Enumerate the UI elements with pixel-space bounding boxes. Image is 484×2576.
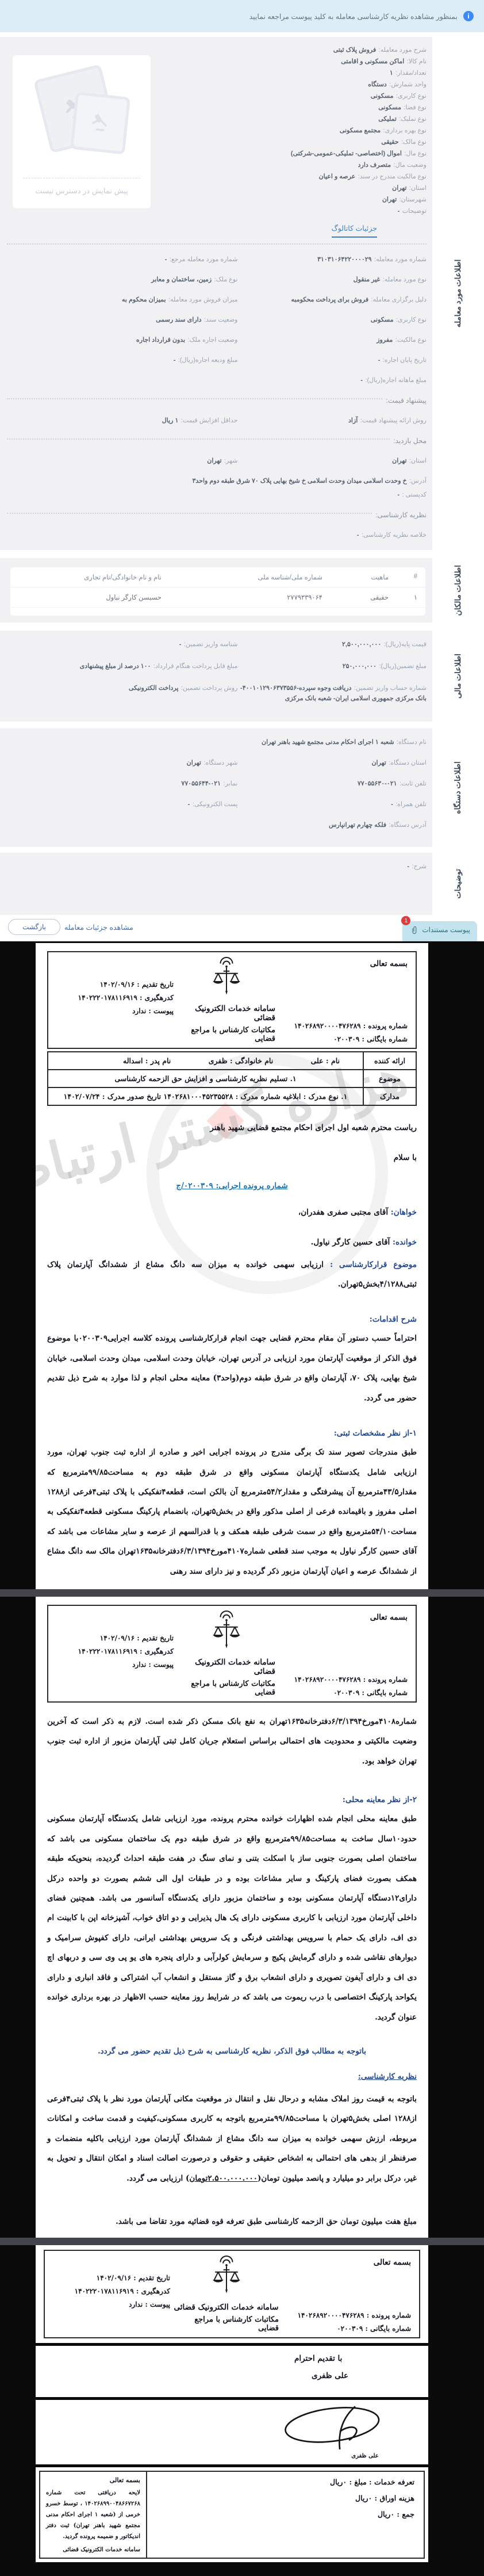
field-value: آزاد bbox=[348, 417, 358, 424]
registration-specs-heading: ۱-از نظر مشخصات ثبتی: bbox=[47, 1429, 417, 1438]
field-row: استان: تهران شهر: تهران bbox=[7, 455, 427, 465]
field-value: - bbox=[174, 357, 176, 364]
notes-value: - bbox=[407, 863, 409, 870]
field-label: شهر دستگاه: bbox=[203, 760, 237, 766]
field-label: نام دستگاه: bbox=[397, 739, 427, 746]
notes-label: شرح: bbox=[412, 863, 427, 870]
salutation: ریاست محترم شعبه اول اجرای احکام مجتمع ق… bbox=[47, 1121, 417, 1136]
field-row: تاریخ پایان اجاره: - مبلغ ودیعه اجاره(ری… bbox=[7, 354, 427, 365]
submission-date: تاریخ تقدیم : ۱۴۰۲/۰۹/۱۶ bbox=[53, 2274, 170, 2282]
visit-rows: استان: تهران شهر: تهران bbox=[7, 455, 427, 465]
column-header: نام و نام خانوادگی/نام تجاری bbox=[18, 573, 162, 581]
device-tab-label: اطلاعات دستگاه bbox=[454, 761, 463, 814]
field-value: - bbox=[188, 801, 190, 808]
documents-value: ۱. نوع مدرک : ابلاغیه شماره مدرک : ۱۴۰۲۶… bbox=[48, 1087, 363, 1105]
field-label: تعداد/مقدار: bbox=[395, 70, 427, 77]
archive-number: شماره بایگانی : ۰۲۰۰۳۰۹ bbox=[275, 1689, 408, 1697]
field-label: استان: bbox=[409, 185, 427, 192]
field-value: ۰۲۱-۷۷۰۵۵۶۳۰ bbox=[358, 780, 397, 787]
field-row: استان دستگاه: تهران شهر دستگاه: تهران bbox=[7, 757, 427, 768]
field-label: شناسه واریز تضمین: bbox=[184, 641, 238, 648]
field-row: مبلغ تضمین(ریال): ۲۵۰,۰۰۰,۰۰۰ مبلغ قابل … bbox=[7, 661, 427, 671]
field-label: دلیل برگزاری معامله: bbox=[371, 296, 427, 303]
paragraph: طبق معاینه محلی انجام شده اظهارات خوانده… bbox=[47, 1809, 417, 2027]
section-financial: اطلاعات مالی قیمت پایه(ریال): ۲,۵۰۰,۰۰۰,… bbox=[0, 631, 484, 722]
field-label: مبلغ تضمین(ریال): bbox=[379, 663, 427, 670]
org-name: سامانه خدمات الکترونیک قضائی bbox=[46, 2547, 140, 2553]
tariff-cell: تعرفه خدمات : مبلغ : ۰ریال هزینه اوراق :… bbox=[147, 2472, 424, 2558]
plaintiff-line: خواهان: آقای مجتبی صفری هفدران، bbox=[47, 1205, 417, 1220]
attach-documents-tab[interactable]: 1 پیوست مستندات bbox=[402, 921, 477, 941]
doc-page-2: بسمه تعالی شماره پرونده : ۱۴۰۲۶۸۹۲۰۰۰۰۴۷… bbox=[36, 1597, 428, 2238]
catalog-details-link[interactable]: جزئیات کاتالوگ bbox=[332, 224, 377, 238]
deal-info-tab-label: اطلاعات مورد معامله bbox=[454, 259, 463, 327]
opinion-summary-row: خلاصه نظریه کارشناسی: - bbox=[7, 529, 427, 540]
org-name: سامانه خدمات الکترونیک قضائی bbox=[177, 1004, 275, 1022]
catalog-fields: شرح مورد معامله: فروش پلاک ثبتی نام کالا… bbox=[154, 45, 427, 219]
deal-info-tab[interactable]: اطلاعات مورد معامله bbox=[432, 37, 484, 550]
expert-opinion-heading: نظریه کارشناسی: bbox=[47, 2072, 417, 2081]
financial-tab[interactable]: اطلاعات مالی bbox=[432, 631, 484, 722]
defendant-line: خوانده: آقای حسین کارگر نیاول. bbox=[47, 1235, 417, 1250]
attachment-status: پیوست : ندارد bbox=[53, 2300, 170, 2308]
field-label: نوع ملک: bbox=[214, 276, 238, 283]
field-label: شرح مورد معامله: bbox=[379, 47, 427, 54]
section-owners: اطلاعات مالکان #ماهیتشماره ملی/شناسه ملی… bbox=[0, 558, 484, 623]
field-label: نوع مالکیت: bbox=[395, 337, 427, 344]
deal-field-rows: شماره مورد معامله: ۳۱۰۳۱۰۶۴۲۲۰۰۰۰۲۹ شمار… bbox=[7, 254, 427, 385]
attachment-status: پیوست : ندارد bbox=[56, 1661, 174, 1669]
receipt-note: لایحه دریافتی تحت شماره ۱۴۰۲۶۸۹۹۰۰۴۸۶۶۷۲… bbox=[46, 2487, 140, 2542]
org-subtitle: مکاتبات کارشناس با مراجع قضایی bbox=[177, 1680, 275, 1697]
opinion-lead: باتوجه به مطالب فوق الذکر، نظریه کارشناس… bbox=[47, 2047, 417, 2056]
field-value: ۲۵۰,۰۰۰,۰۰۰ bbox=[343, 663, 377, 670]
field-label: مبلغ ماهانه اجاره(ریال): bbox=[365, 377, 427, 384]
field-value: مسکونی bbox=[371, 316, 394, 323]
section-deal-info: اطلاعات مورد معامله شرح مورد معامله: فرو… bbox=[0, 37, 484, 550]
field-value: - bbox=[398, 208, 400, 215]
execution-case-number: شماره پرونده اجرایی: ۰۲۰۰۳۰۹/ج bbox=[47, 1181, 417, 1190]
file-number: شماره پرونده : ۱۴۰۲۶۸۹۲۰۰۰۰۴۷۶۲۸۹ bbox=[279, 2311, 411, 2319]
attachment-count-badge: 1 bbox=[401, 916, 410, 925]
action-bar: بازگشت مشاهده جزئیات معامله 1 پیوست مستن… bbox=[0, 915, 484, 941]
field-label: نوع بهره برداری: bbox=[383, 127, 427, 134]
field-label: شماره مورد معامله: bbox=[374, 256, 427, 263]
submission-date: تاریخ تقدیم : ۱۴۰۲/۰۹/۱۶ bbox=[56, 1634, 174, 1642]
file-number: شماره پرونده : ۱۴۰۲۶۸۹۲۰۰۰۰۴۷۶۲۸۹ bbox=[275, 1676, 408, 1684]
signature-caption: علی ظفری bbox=[313, 2453, 417, 2459]
gavel-icon bbox=[74, 95, 128, 151]
field-value: مفروز bbox=[377, 337, 393, 344]
field-label: حداقل افزایش قیمت: bbox=[181, 417, 238, 424]
field-row: تلفن همراه: - پست الکترونیکی: - bbox=[7, 799, 427, 809]
expert-opinion-header: نظریه کارشناسی: bbox=[7, 511, 427, 519]
catalog-field: شهرستان: تهران bbox=[154, 196, 427, 204]
visit-location-header: محل بازدید: bbox=[7, 437, 427, 445]
provider-name: نام : علی bbox=[311, 1056, 340, 1065]
doc-page-1: هزاره گستر ارتباط بسمه تعالی شماره پروند… bbox=[36, 943, 428, 1589]
submission-date: تاریخ تقدیم : ۱۴۰۲/۰۹/۱۶ bbox=[56, 980, 174, 989]
device-tab[interactable]: اطلاعات دستگاه bbox=[432, 728, 484, 847]
divider bbox=[23, 178, 140, 178]
notice-bar: i بمنظور مشاهده نظریه کارشناسی معامله به… bbox=[0, 0, 484, 32]
valuation-paragraph: باتوجه به قیمت روز املاک مشابه و درحال ن… bbox=[47, 2089, 417, 2188]
paperclip-icon bbox=[410, 926, 418, 936]
catalog-field: واحد شمارش: دستگاه bbox=[154, 81, 427, 89]
field-value: ۱ ریال bbox=[162, 417, 179, 424]
doc-letterhead: بسمه تعالی شماره پرونده : ۱۴۰۲۶۸۹۲۰۰۰۰۴۷… bbox=[47, 1605, 417, 1703]
provider-family: نام خانوادگی : ظفری bbox=[209, 1056, 274, 1065]
service-tariff: تعرفه خدمات : مبلغ : ۰ریال bbox=[156, 2478, 414, 2486]
doc-letterhead: بسمه تعالی شماره پرونده : ۱۴۰۲۶۸۹۲۰۰۰۰۴۷… bbox=[47, 951, 417, 1049]
field-label: روش ارائه پیشنهاد قیمت: bbox=[360, 417, 427, 424]
field-value: تهران bbox=[207, 457, 221, 464]
catalog-field: نوع تملیک: تملیکی bbox=[154, 115, 427, 123]
field-label: نوع تملیک: bbox=[399, 116, 427, 123]
field-value: بدون قرارداد اجاره bbox=[136, 337, 185, 344]
provider-label: ارائه کننده bbox=[363, 1052, 416, 1070]
field-row: نام دستگاه: شعبه ۱ اجرای احکام مدنی مجتم… bbox=[7, 736, 427, 747]
field-label: تلفن ثابت: bbox=[400, 780, 427, 787]
owners-table-header: #ماهیتشماره ملی/شناسه ملینام و نام خانوا… bbox=[10, 567, 425, 587]
field-label: نوع فضا: bbox=[404, 104, 427, 111]
field-label: آدرس دستگاه: bbox=[389, 822, 427, 829]
field-label: میزان فروش مورد معامله: bbox=[168, 296, 237, 303]
justice-scales-logo bbox=[208, 1611, 245, 1657]
actions-heading: شرح اقدامات: bbox=[47, 1315, 417, 1324]
tracking-code: کدرهگیری : ۱۴۰۲۲۲۰۱۷۸۱۱۶۹۱۹ bbox=[56, 1647, 174, 1655]
catalog-field: نوع کاربری: مسکونی bbox=[154, 92, 427, 100]
notice-text: بمنظور مشاهده نظریه کارشناسی معامله به ک… bbox=[249, 12, 458, 21]
basmala: بسمه تعالی bbox=[275, 1613, 408, 1622]
field-row: نوع مالکیت: مفروز وضعیت اجاره ملک: بدون … bbox=[7, 334, 427, 345]
field-label: توضیحات bbox=[402, 208, 427, 215]
field-label: مبلغ قابل پرداخت هنگام قرارداد: bbox=[153, 663, 238, 670]
preview-unavailable-text: پیش نمایش در دسترس نیست bbox=[35, 186, 128, 196]
field-value: پرداخت الکترونیکی bbox=[129, 685, 179, 692]
valuation-amount: ۲.۵۰۰.۰۰۰.۰۰۰تومان bbox=[189, 2174, 258, 2183]
cell: حسیسن کارگر نیاول bbox=[18, 593, 162, 601]
price-offer-header: پیشنهاد قیمت: bbox=[7, 396, 427, 404]
catalog-field: نوع مال: اموال (اختصاصی- تملیکی-عمومی-شر… bbox=[154, 150, 427, 158]
registration-cell: بسمه تعالی لایحه دریافتی تحت شماره ۱۴۰۲۶… bbox=[40, 2472, 147, 2558]
page-separator bbox=[0, 1589, 484, 1597]
org-name: سامانه خدمات الکترونیک قضائی bbox=[177, 1658, 275, 1676]
field-value: ۲,۵۰۰,۰۰۰,۰۰۰ bbox=[342, 641, 381, 648]
catalog-field: شرح مورد معامله: فروش پلاک ثبتی bbox=[154, 46, 427, 54]
field-value: زمین، ساختمان و معابر bbox=[151, 276, 212, 283]
owners-tab-label: اطلاعات مالکان bbox=[454, 565, 463, 616]
price-rows: روش ارائه پیشنهاد قیمت: آزاد حداقل افزای… bbox=[7, 415, 427, 425]
field-label: تلفن همراه: bbox=[395, 801, 427, 808]
field-label: پست الکترونیکی: bbox=[193, 801, 238, 808]
provider-father: نام پدر : اسداله bbox=[123, 1056, 171, 1065]
document-viewer[interactable]: هزاره گستر ارتباط بسمه تعالی شماره پروند… bbox=[0, 941, 484, 2576]
subject-label: موضوع bbox=[363, 1070, 416, 1087]
field-label: نوع مالک: bbox=[401, 139, 427, 146]
tracking-code: کدرهگیری : ۱۴۰۲۲۲۰۱۷۸۱۱۶۹۱۹ bbox=[56, 994, 174, 1002]
archive-number: شماره بایگانی : ۰۲۰۰۳۰۹ bbox=[279, 2325, 411, 2333]
field-row: روش ارائه پیشنهاد قیمت: آزاد حداقل افزای… bbox=[7, 415, 427, 425]
preview-placeholder: پیش نمایش در دسترس نیست bbox=[13, 55, 151, 208]
field-label: نوع کاربری: bbox=[396, 93, 427, 100]
field-value: مسکونی bbox=[371, 93, 394, 100]
catalog-field: نام کالا: اماکن مسکونی و اقامتی bbox=[154, 58, 427, 66]
catalog-field: نوع فضا: مسکونی bbox=[154, 104, 427, 112]
notes-tab[interactable]: توضیحات bbox=[432, 853, 484, 915]
notes-tab-label: توضیحات bbox=[454, 869, 463, 899]
basmala: بسمه تعالی bbox=[275, 959, 408, 968]
signature-image: علی ظفری bbox=[262, 2403, 417, 2459]
field-value: دستگاه bbox=[368, 81, 387, 88]
field-row: نوع مورد معامله: غیر منقول نوع ملک: زمین… bbox=[7, 274, 427, 284]
catalog-field: وضعیت مال: متصرف دارد bbox=[154, 161, 427, 169]
doc-signature-strip: علی ظفری bbox=[36, 2400, 428, 2464]
field-value: تملیکی bbox=[378, 116, 397, 123]
doc-footer-strip: تعرفه خدمات : مبلغ : ۰ریال هزینه اوراق :… bbox=[36, 2467, 428, 2562]
field-label: نوع مورد معامله: bbox=[383, 276, 427, 283]
info-icon: i bbox=[463, 11, 474, 21]
attach-documents-label: پیوست مستندات bbox=[422, 926, 470, 934]
page-separator bbox=[0, 2238, 484, 2245]
archive-number: شماره بایگانی : ۰۲۰۰۳۰۹ bbox=[275, 1035, 408, 1043]
field-label: شماره حساب واریز تضمین: bbox=[354, 685, 427, 692]
papers-cost: هزینه اوراق : ۰ریال bbox=[156, 2494, 414, 2502]
field-label: وضعیت اجاره ملک: bbox=[188, 337, 238, 344]
field-value: مسکونی bbox=[378, 104, 401, 111]
preview-art bbox=[30, 71, 128, 163]
field-label: استان دستگاه: bbox=[389, 760, 427, 766]
catalog-field: نوع بهره برداری: مجتمع مسکونی bbox=[154, 127, 427, 135]
field-label: نوع مالکیت مندرج در سند: bbox=[358, 173, 427, 180]
field-value: تهران bbox=[392, 185, 406, 192]
field-label: واحد شمارش: bbox=[389, 81, 427, 88]
attachment-status: پیوست : ندارد bbox=[56, 1007, 174, 1015]
field-label: قیمت پایه(ریال): bbox=[384, 641, 427, 648]
field-row: شماره مورد معامله: ۳۱۰۳۱۰۶۴۲۲۰۰۰۰۲۹ شمار… bbox=[7, 254, 427, 264]
field-value: اماکن مسکونی و اقامتی bbox=[341, 58, 404, 65]
total-cost: جمع : ۰ریال bbox=[156, 2510, 414, 2518]
field-value: - bbox=[179, 641, 182, 648]
field-value: - bbox=[360, 377, 363, 384]
field-value: ۱ bbox=[390, 70, 393, 77]
field-value: فروش پلاک ثبتی bbox=[333, 47, 377, 54]
address-row: آدرس: خ وحدت اسلامی میدان وحدت اسلامی خ … bbox=[7, 475, 427, 486]
owners-table: #ماهیتشماره ملی/شناسه ملینام و نام خانوا… bbox=[10, 567, 425, 616]
basmala: بسمه تعالی bbox=[279, 2258, 411, 2267]
field-value: شعبه ۱ اجرای احکام مدنی مجتمع شهید باهنر… bbox=[262, 739, 394, 746]
cell: ۲۷۷۹۳۳۹۰۶۴ bbox=[162, 593, 322, 601]
paragraph: احتراماً حسب دستور آن مقام محترم قضایی ج… bbox=[47, 1329, 417, 1408]
field-label: وضعیت مال: bbox=[394, 162, 427, 169]
field-label: وضعیت سند: bbox=[204, 316, 238, 323]
field-row: قیمت پایه(ریال): ۲,۵۰۰,۰۰۰,۰۰۰ شناسه وار… bbox=[7, 639, 427, 649]
catalog-field: توضیحات - bbox=[154, 207, 427, 215]
catalog-field: نوع مالکیت مندرج در سند: عرصه و اعیان bbox=[154, 173, 427, 181]
field-row: مبلغ ماهانه اجاره(ریال): - bbox=[7, 375, 427, 385]
field-label: تاریخ پایان اجاره: bbox=[383, 357, 427, 364]
doc-letterhead: بسمه تعالی شماره پرونده : ۱۴۰۲۶۸۹۲۰۰۰۰۴۷… bbox=[44, 2250, 420, 2338]
cell: ۱ bbox=[389, 593, 417, 601]
catalog-field: استان: تهران bbox=[154, 184, 427, 192]
justice-scales-logo bbox=[208, 2256, 245, 2302]
field-value: مجتمع مسکونی bbox=[340, 127, 381, 134]
field-row: شماره حساب واریز تضمین: دریافت وجوه سپرد… bbox=[7, 682, 427, 703]
doc-regards-strip: با تقدیم احترام علی ظفری bbox=[36, 2346, 428, 2397]
field-value: ۳۱۰۳۱۰۶۴۲۲۰۰۰۰۲۹ bbox=[317, 256, 372, 263]
field-label: نوع مال: bbox=[404, 150, 427, 157]
documents-label: مدارک bbox=[363, 1087, 416, 1105]
basmala: بسمه تعالی bbox=[46, 2476, 140, 2484]
signer-name: علی ظفری bbox=[294, 2371, 377, 2380]
field-value: تهران bbox=[392, 457, 406, 464]
column-header: شماره ملی/شناسه ملی bbox=[162, 573, 322, 581]
column-header: # bbox=[389, 573, 417, 581]
field-row: آدرس دستگاه: فلکه چهارم تهرانپارس bbox=[7, 819, 427, 830]
field-label: روش پرداخت تضمین: bbox=[181, 685, 238, 692]
section-device: اطلاعات دستگاه نام دستگاه: شعبه ۱ اجرای … bbox=[0, 728, 484, 847]
catalog-field: نوع مالک: حقیقی bbox=[154, 138, 427, 146]
field-label: نام کالا: bbox=[407, 58, 427, 65]
cell: حقیقی bbox=[322, 593, 389, 601]
field-value: ۱۰۰ درصد از مبلغ پیشنهادی bbox=[80, 663, 151, 670]
field-value: تهران bbox=[371, 760, 386, 766]
field-label: شهر: bbox=[224, 457, 237, 464]
field-label: مبلغ ودیعه اجاره(ریال): bbox=[178, 357, 238, 364]
regards-line: با تقدیم احترام bbox=[294, 2354, 377, 2363]
field-label: نوع کاربری: bbox=[396, 316, 427, 323]
field-label: استان: bbox=[409, 457, 427, 464]
table-row[interactable]: ۱حقیقی۲۷۷۹۳۳۹۰۶۴حسیسن کارگر نیاول bbox=[10, 587, 425, 608]
subject-value: ۱. تسلیم نظریه کارشناسی و افزایش حق الزح… bbox=[48, 1070, 363, 1087]
doc-info-table: ارائه کننده نام : علی نام خانوادگی : ظفر… bbox=[47, 1051, 417, 1106]
section-notes: توضیحات شرح: - bbox=[0, 853, 484, 915]
field-label: شماره مورد معامله مرجع: bbox=[170, 256, 238, 263]
field-value: - bbox=[391, 801, 393, 808]
field-value: متصرف دارد bbox=[358, 162, 391, 169]
field-row: نوع کاربری: مسکونی وضعیت سند: دارای سند … bbox=[7, 314, 427, 325]
field-value: عرصه و اعیان bbox=[319, 173, 356, 180]
field-label: شهرستان: bbox=[400, 196, 427, 203]
org-subtitle: مکاتبات کارشناس با مراجع قضایی bbox=[177, 1026, 275, 1043]
field-value: بمیزان محکوم به bbox=[122, 296, 166, 303]
field-label: نمابر: bbox=[224, 780, 238, 787]
field-value: اموال (اختصاصی- تملیکی-عمومی-شرکتی) bbox=[291, 150, 402, 157]
field-value: فلکه چهارم تهرانپارس bbox=[329, 822, 386, 829]
fee-request-line: مبلغ هفت میلیون تومان حق الزحمه کارشناسی… bbox=[47, 2215, 417, 2230]
field-value: فروش برای پرداخت محکومبه bbox=[291, 296, 369, 303]
org-subtitle: مکاتبات کارشناس با مراجع قضایی bbox=[174, 2315, 279, 2333]
field-value: تهران bbox=[382, 196, 397, 203]
doc-page-3-letterhead: بسمه تعالی شماره پرونده : ۱۴۰۲۶۸۹۲۰۰۰۰۴۷… bbox=[36, 2245, 428, 2343]
paragraph: شماره۴۱۰۸مورخ۶/۳/۱۳۹۴دفترخانه۱۶۳۵تهران ب… bbox=[47, 1712, 417, 1771]
greeting: با سلام bbox=[47, 1151, 417, 1166]
tracking-code: کدرهگیری : ۱۴۰۲۲۲۰۱۷۸۱۱۶۹۱۹ bbox=[53, 2287, 170, 2295]
field-value: تهران bbox=[187, 760, 201, 766]
footer-table: تعرفه خدمات : مبلغ : ۰ریال هزینه اوراق :… bbox=[39, 2471, 425, 2559]
local-inspection-heading: ۲-از نظر معاینه محلی: bbox=[47, 1795, 417, 1804]
owners-tab[interactable]: اطلاعات مالکان bbox=[432, 558, 484, 623]
expert-order-subject: موضوع قرارکارشناسی : ارزیابی سهمی خوانده… bbox=[47, 1255, 417, 1295]
org-name: سامانه خدمات الکترونیک قضائی bbox=[174, 2303, 279, 2312]
field-value: - bbox=[165, 256, 167, 263]
postal-row: کدپستی : - bbox=[7, 489, 427, 499]
catalog-field: تعداد/مقدار: ۱ bbox=[154, 69, 427, 77]
field-value: ۰۲۱-۷۷۰۵۵۶۴۴ bbox=[181, 780, 221, 787]
justice-scales-logo bbox=[208, 957, 245, 1003]
divider bbox=[7, 243, 427, 245]
back-button[interactable]: بازگشت bbox=[8, 919, 60, 935]
column-header: ماهیت bbox=[322, 573, 389, 581]
field-row: دلیل برگزاری معامله: فروش برای پرداخت مح… bbox=[7, 294, 427, 304]
field-row: تلفن ثابت: ۰۲۱-۷۷۰۵۵۶۳۰ نمابر: ۰۲۱-۷۷۰۵۵… bbox=[7, 778, 427, 788]
paragraph: طبق مندرجات تصویر سند تک برگی مندرج در پ… bbox=[47, 1442, 417, 1581]
field-value: غیر منقول bbox=[354, 276, 381, 283]
field-value: حقیقی bbox=[381, 139, 398, 146]
file-number: شماره پرونده : ۱۴۰۲۶۸۹۲۰۰۰۰۴۷۶۲۸۹ bbox=[275, 1022, 408, 1030]
field-value: - bbox=[378, 357, 381, 364]
view-deal-details-link[interactable]: مشاهده جزئیات معامله bbox=[64, 923, 133, 932]
field-value: دارای سند رسمی bbox=[156, 316, 201, 323]
financial-tab-label: اطلاعات مالی bbox=[454, 654, 463, 699]
